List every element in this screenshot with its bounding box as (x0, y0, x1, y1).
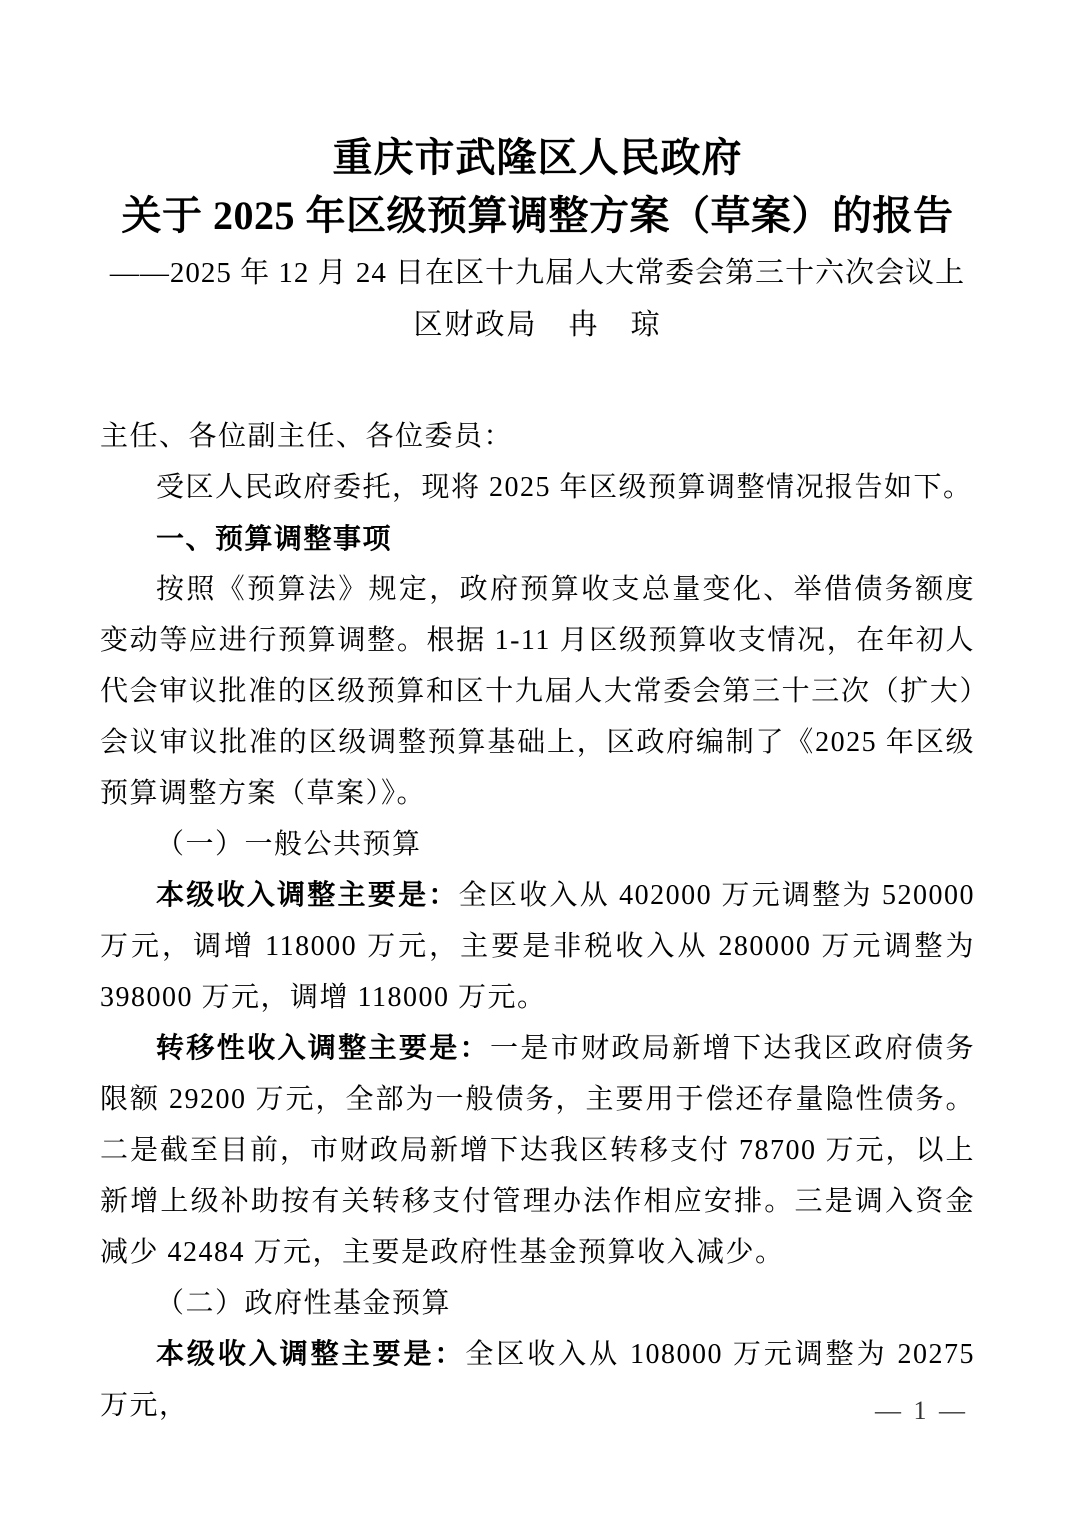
document-content: 重庆市武隆区人民政府 关于 2025 年区级预算调整方案（草案）的报告 ——20… (0, 0, 1074, 1431)
document-page: 重庆市武隆区人民政府 关于 2025 年区级预算调整方案（草案）的报告 ——20… (0, 0, 1074, 1520)
document-body: 主任、各位副主任、各位委员：受区人民政府委托，现将 2025 年区级预算调整情况… (100, 411, 975, 1431)
document-title-line1: 重庆市武隆区人民政府 (100, 130, 975, 186)
subsection-2-heading: （二）政府性基金预算 (100, 1278, 975, 1329)
transfer-revenue-paragraph: 转移性收入调整主要是：一是市财政局新增下达我区政府债务限额 29200 万元，全… (100, 1023, 975, 1278)
transfer-revenue-paragraph-lead: 转移性收入调整主要是： (156, 1033, 490, 1064)
salutation: 主任、各位副主任、各位委员： (100, 411, 975, 462)
meeting-subtitle: ——2025 年 12 月 24 日在区十九届人大常委会第三十六次会议上 (100, 246, 975, 300)
document-title-line2: 关于 2025 年区级预算调整方案（草案）的报告 (100, 186, 975, 246)
section-1-paragraph: 按照《预算法》规定，政府预算收支总量变化、举借债务额度变动等应进行预算调整。根据… (100, 564, 975, 819)
intro-paragraph: 受区人民政府委托，现将 2025 年区级预算调整情况报告如下。 (100, 462, 975, 513)
presenter-line: 区财政局 冉 琼 (100, 300, 975, 350)
general-budget-revenue-paragraph: 本级收入调整主要是：全区收入从 402000 万元调整为 520000 万元，调… (100, 870, 975, 1023)
general-budget-revenue-paragraph-lead: 本级收入调整主要是： (156, 880, 459, 911)
fund-budget-revenue-paragraph: 本级收入调整主要是：全区收入从 108000 万元调整为 20275 万元， (100, 1329, 975, 1431)
fund-budget-revenue-paragraph-lead: 本级收入调整主要是： (156, 1339, 465, 1370)
section-1-heading: 一、预算调整事项 (100, 513, 975, 564)
page-number: — 1 — (875, 1396, 968, 1426)
subsection-1-heading: （一）一般公共预算 (100, 819, 975, 870)
